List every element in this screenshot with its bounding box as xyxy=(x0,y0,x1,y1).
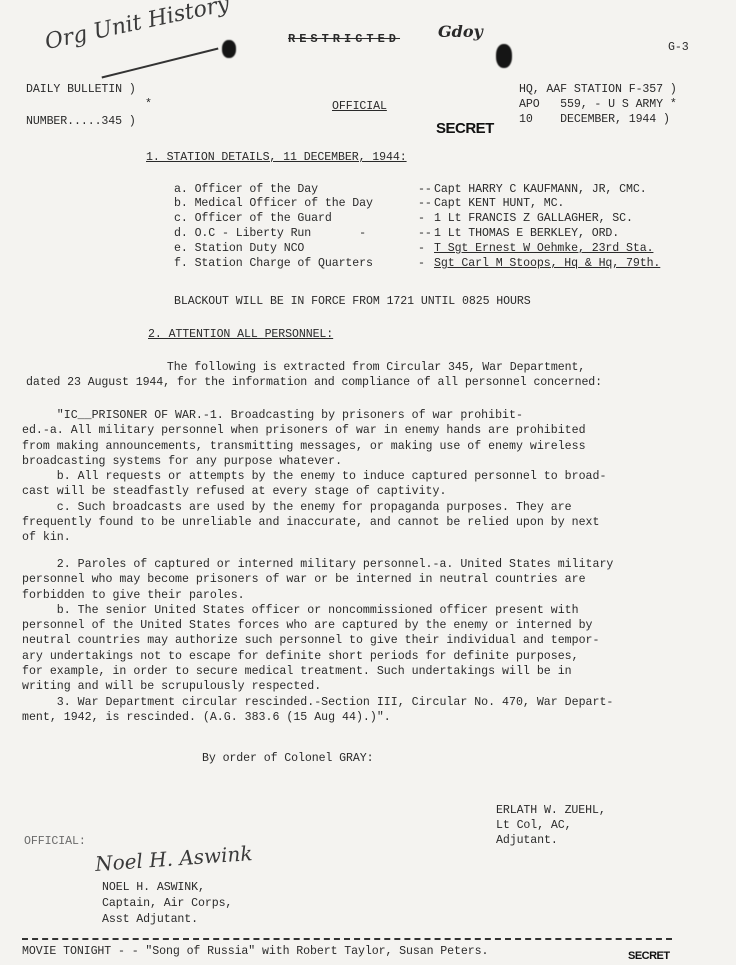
duty-assignee: 1 Lt FRANCIS Z GALLAGHER, SC. xyxy=(434,211,633,226)
official-heading: OFFICIAL xyxy=(332,99,387,114)
page-code: G-3 xyxy=(668,40,689,55)
intro-line-1: The following is extracted from Circular… xyxy=(112,360,585,375)
duty-assignee: Capt HARRY C KAUFMANN, JR, CMC. xyxy=(434,182,647,197)
ink-blot-2 xyxy=(496,44,512,68)
duty-assignee: Sgt Carl M Stoops, Hq & Hq, 79th. xyxy=(434,256,660,271)
duty-label: d. O.C - Liberty Run - xyxy=(174,226,366,241)
duty-label: c. Officer of the Guard xyxy=(174,211,332,226)
footer-divider xyxy=(22,938,672,940)
blackout-notice: BLACKOUT WILL BE IN FORCE FROM 1721 UNTI… xyxy=(174,294,531,309)
hq-line-1: HQ, AAF STATION F-357 ) xyxy=(519,82,677,97)
duty-separator: -- xyxy=(418,196,432,211)
official-label: OFFICIAL: xyxy=(24,834,86,849)
duty-assignee: Capt KENT HUNT, MC. xyxy=(434,196,564,211)
by-order: By order of Colonel GRAY: xyxy=(202,751,373,766)
circular-paragraph-2: 2. Paroles of captured or interned milit… xyxy=(22,557,712,725)
hq-line-2: APO 559, - U S ARMY * xyxy=(519,97,677,112)
footer-secret-stamp: SECRET xyxy=(628,950,670,962)
section-2-heading: 2. ATTENTION ALL PERSONNEL: xyxy=(148,327,333,342)
adjutant-name: ERLATH W. ZUEHL, xyxy=(496,803,606,818)
asst-adjutant-rank: Captain, Air Corps, xyxy=(102,896,232,911)
handwriting-underline xyxy=(102,48,219,79)
duty-label: f. Station Charge of Quarters xyxy=(174,256,373,271)
bulletin-label: DAILY BULLETIN ) xyxy=(26,82,136,97)
duty-separator: - xyxy=(418,241,425,256)
duty-separator: -- xyxy=(418,182,432,197)
duty-separator: - xyxy=(418,256,425,271)
circular-paragraph-1: "IC__PRISONER OF WAR.-1. Broadcasting by… xyxy=(22,408,712,546)
asst-adjutant-title: Asst Adjutant. xyxy=(102,912,198,927)
duty-label: b. Medical Officer of the Day xyxy=(174,196,373,211)
bulletin-page: Org Unit History RESTRICTED Gdoy G-3 DAI… xyxy=(0,0,736,965)
duty-assignee: T Sgt Ernest W Oehmke, 23rd Sta. xyxy=(434,241,653,256)
restricted-stamp: RESTRICTED xyxy=(288,32,400,46)
movie-notice: MOVIE TONIGHT - - "Song of Russia" with … xyxy=(22,944,488,959)
intro-line-2: dated 23 August 1944, for the informatio… xyxy=(26,375,602,390)
duty-separator: - xyxy=(418,211,425,226)
handwritten-scrawl: Gdoy xyxy=(438,22,483,41)
adjutant-title: Adjutant. xyxy=(496,833,558,848)
secret-stamp: SECRET xyxy=(436,120,494,137)
duty-label: a. Officer of the Day xyxy=(174,182,318,197)
ink-blot xyxy=(222,40,236,58)
section-1-heading: 1. STATION DETAILS, 11 DECEMBER, 1944: xyxy=(146,150,407,165)
duty-assignee: 1 Lt THOMAS E BERKLEY, ORD. xyxy=(434,226,619,241)
bulletin-number: NUMBER.....345 ) xyxy=(26,114,136,129)
duty-separator: -- xyxy=(418,226,432,241)
bulletin-star: * xyxy=(145,97,152,112)
adjutant-rank: Lt Col, AC, xyxy=(496,818,571,833)
asst-adjutant-name: NOEL H. ASWINK, xyxy=(102,880,205,895)
hq-line-3: 10 DECEMBER, 1944 ) xyxy=(519,112,670,127)
handwritten-note: Org Unit History xyxy=(43,0,232,55)
duty-label: e. Station Duty NCO xyxy=(174,241,304,256)
signature: Noel H. Aswink xyxy=(94,841,253,876)
